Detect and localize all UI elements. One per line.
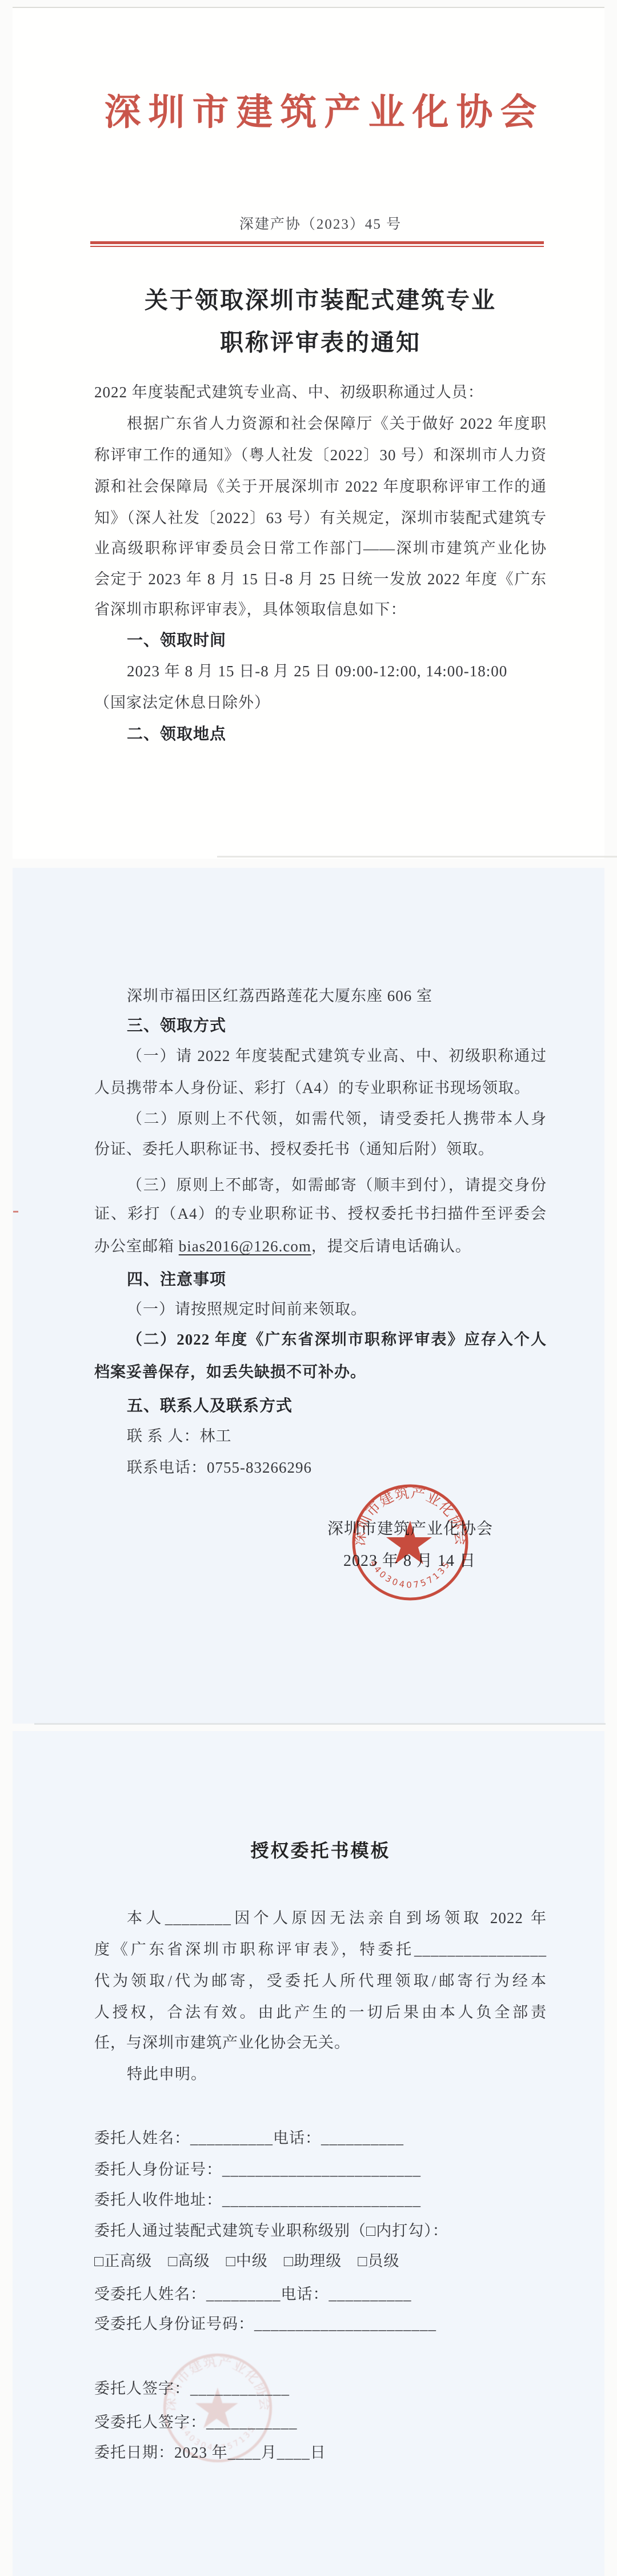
email-line-prefix: 办公室邮箱 xyxy=(94,1238,179,1255)
doc-line: 会定于 2023 年 8 月 15 日-8 月 25 日统一发放 2022 年度… xyxy=(94,564,547,595)
contact-person-line: 联 系 人：林工 xyxy=(94,1421,547,1452)
form-line-agent-id: 受委托人身份证号码：______________________ xyxy=(94,2308,547,2340)
notice-title-line-2: 职称评审表的通知 xyxy=(94,325,547,360)
doc-line: 份证、委托人职称证书、授权委托书（通知后附）领取。 xyxy=(94,1134,547,1165)
form-line-agent-signature: 受委托人签字：___________ xyxy=(94,2407,547,2438)
doc-line: 2022 年度装配式建筑专业高、中、初级职称通过人员： xyxy=(94,377,547,408)
authorization-template-title: 授权委托书模板 xyxy=(94,1833,547,1868)
document-number: 深建产协（2023）45 号 xyxy=(94,213,547,237)
doc-line: 知》（深人社发〔2022〕63 号）有关规定，深圳市装配式建筑专 xyxy=(94,503,547,534)
form-line-principal-signature: 委托人签字：____________ xyxy=(94,2373,547,2404)
page-2-notice-body: 深圳市福田区红荔西路莲花大厦东座 606 室 三、领取方式 （一）请 2022 … xyxy=(13,868,604,1724)
form-line-principal-name-phone: 委托人姓名：__________电话：__________ xyxy=(94,2123,547,2154)
section-heading-contact: 五、联系人及联系方式 xyxy=(94,1390,547,1421)
page-1-notice-cover: 深圳市建筑产业化协会 深建产协（2023）45 号 关于领取深圳市装配式建筑专业… xyxy=(13,7,604,859)
doc-line: （国家法定休息日除外） xyxy=(94,687,547,719)
doc-line: 根据广东省人力资源和社会保障厅《关于做好 2022 年度职 xyxy=(94,408,547,440)
doc-line: （一）请按照规定时间前来领取。 xyxy=(94,1294,547,1325)
form-line-title-level-label: 委托人通过装配式建筑专业职称级别（□内打勾）： xyxy=(94,2215,547,2247)
doc-line: 度《广东省深圳市职称评审表》，特委托________________ xyxy=(94,1934,547,1965)
org-header-title: 深圳市建筑产业化协会 xyxy=(94,81,547,144)
pickup-address-line: 深圳市福田区红荔西路莲花大厦东座 606 室 xyxy=(94,980,547,1012)
email-line-suffix: ，提交后请电话确认。 xyxy=(311,1238,471,1255)
doc-line: （一）请 2022 年度装配式建筑专业高、中、初级职称通过 xyxy=(94,1040,547,1072)
form-line-title-level-checkboxes: □正高级 □高级 □中级 □助理级 □员级 xyxy=(94,2246,547,2277)
doc-line: 人授权，合法有效。由此产生的一切后果由本人负全部责 xyxy=(94,1997,547,2028)
doc-line: 源和社会保障局《关于开展深圳市 2022 年度职称评审工作的通 xyxy=(94,471,547,503)
declaration-line: 特此申明。 xyxy=(94,2059,547,2090)
red-rule-bottom xyxy=(90,246,544,247)
doc-line: 2023 年 8 月 15 日-8 月 25 日 09:00-12:00, 14… xyxy=(94,656,547,687)
doc-line: 业高级职称评审委员会日常工作部门——深圳市建筑产业化协 xyxy=(94,533,547,564)
section-heading-pickup-method: 三、领取方式 xyxy=(94,1010,547,1041)
page-3-authorization-template: 深圳市建筑产业化协会 4403040757135 授权委托书模板 本人_____… xyxy=(13,1731,604,2576)
doc-line-bold: （二）2022 年度《广东省深圳市职称评审表》应存入个人 xyxy=(94,1324,547,1355)
page-separator xyxy=(34,1723,606,1725)
form-line-principal-id: 委托人身份证号：________________________ xyxy=(94,2154,547,2186)
official-red-seal: 深圳市建筑产业化协会 4403040757135 xyxy=(346,1478,474,1606)
scan-artifact xyxy=(13,1211,18,1213)
doc-line: 任，与深圳市建筑产业化协会无关。 xyxy=(94,2027,547,2059)
doc-line: 人员携带本人身份证、彩打（A4）的专业职称证书现场领取。 xyxy=(94,1072,547,1104)
section-heading-pickup-time: 一、领取时间 xyxy=(94,624,547,656)
seal-star-icon xyxy=(386,1521,432,1564)
doc-line: 证、彩打（A4）的专业职称证书、授权委托书扫描件至评委会 xyxy=(94,1198,547,1230)
seal-serial-arc-text: 4403040757135 xyxy=(368,1558,453,1590)
contact-phone-line: 联系电话：0755-83266296 xyxy=(94,1452,547,1484)
doc-line: 代为领取/代为邮寄，受委托人所代理领取/邮寄行为经本 xyxy=(94,1965,547,1997)
doc-line: 本人________因个人原因无法亲自到场领取 2022 年 xyxy=(94,1903,547,1934)
doc-line-bold: 档案妥善保存，如丢失缺损不可补办。 xyxy=(94,1357,547,1388)
red-rule-top xyxy=(90,241,544,244)
committee-email-address: bias2016@126.com xyxy=(179,1238,311,1255)
doc-line: 省深圳市职称评审表》，具体领取信息如下： xyxy=(94,594,547,625)
form-line-authorization-date: 委托日期：2023 年____月____日 xyxy=(94,2437,547,2469)
email-line: 办公室邮箱 bias2016@126.com，提交后请电话确认。 xyxy=(94,1231,547,1262)
section-heading-pickup-place: 二、领取地点 xyxy=(94,718,547,749)
page-separator xyxy=(217,856,617,858)
doc-line: （二）原则上不代领，如需代领，请受委托人携带本人身 xyxy=(94,1103,547,1135)
doc-line: 称评审工作的通知》（粤人社发〔2022〕30 号）和深圳市人力资 xyxy=(94,440,547,471)
section-heading-notes: 四、注意事项 xyxy=(94,1263,547,1295)
form-line-agent-name-phone: 受委托人姓名：_________电话：__________ xyxy=(94,2279,547,2310)
doc-line: （三）原则上不邮寄，如需邮寄（顺丰到付），请提交身份 xyxy=(94,1170,547,1201)
notice-title-line-1: 关于领取深圳市装配式建筑专业 xyxy=(94,283,547,317)
form-line-principal-address: 委托人收件地址：________________________ xyxy=(94,2184,547,2216)
